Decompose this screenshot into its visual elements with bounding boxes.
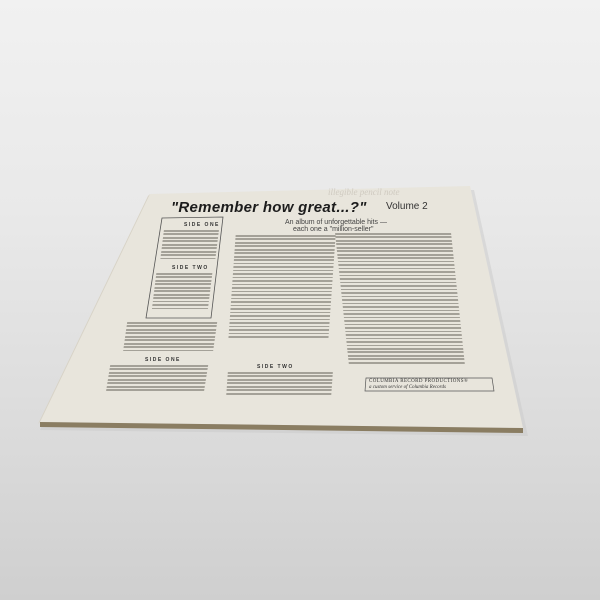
label-box-line-1: COLUMBIA RECORD PRODUCTIONS®	[369, 379, 468, 384]
notes-side-one-heading: SIDE ONE	[145, 357, 181, 363]
label-box-line-2: a custom service of Columbia Records	[369, 385, 446, 390]
notes-side-two-text	[226, 372, 333, 396]
liner-notes-intro	[123, 322, 217, 353]
liner-notes-center	[228, 235, 335, 340]
tracklist-side-two-text	[152, 273, 213, 311]
tracklist-side-one-heading: SIDE ONE	[184, 222, 220, 228]
notes-side-two-heading: SIDE TWO	[257, 364, 294, 370]
liner-notes-right	[335, 233, 465, 365]
album-title: "Remember how great...?"	[171, 199, 367, 216]
tracklist-side-two-heading: SIDE TWO	[172, 265, 209, 271]
album-volume: Volume 2	[386, 201, 428, 212]
handwritten-note: illegible pencil note	[328, 187, 399, 197]
tracklist-side-one-text	[160, 230, 219, 261]
notes-side-one-text	[106, 365, 208, 393]
album-subtitle-2: each one a "million-seller"	[293, 226, 373, 233]
album-subtitle-1: An album of unforgettable hits —	[285, 219, 387, 226]
